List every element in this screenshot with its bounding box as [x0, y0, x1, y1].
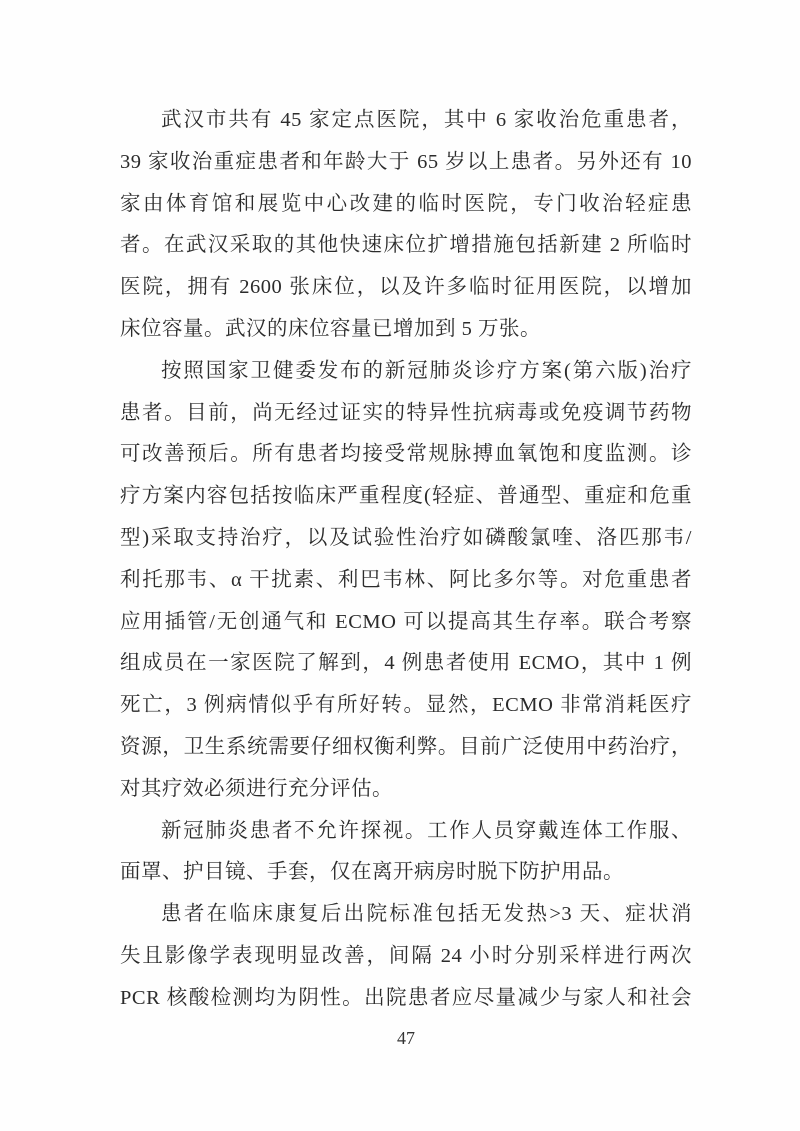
text-line: 面罩、护目镜、手套，仅在离开病房时脱下防护用品。	[120, 852, 692, 894]
text-line: 者。在武汉采取的其他快速床位扩增措施包括新建 2 所临时	[120, 225, 692, 267]
text-line: PCR 核酸检测均为阴性。出院患者应尽量减少与家人和社会	[120, 978, 692, 1020]
text-line: 资源，卫生系统需要仔细权衡利弊。目前广泛使用中药治疗，	[120, 727, 692, 769]
text-line: 型)采取支持治疗，以及试验性治疗如磷酸氯喹、洛匹那韦/	[120, 518, 692, 560]
text-line: 应用插管/无创通气和 ECMO 可以提高其生存率。联合考察	[120, 602, 692, 644]
text-line: 可改善预后。所有患者均接受常规脉搏血氧饱和度监测。诊	[120, 434, 692, 476]
text-line: 新冠肺炎患者不允许探视。工作人员穿戴连体工作服、	[120, 811, 692, 853]
text-line: 39 家收治重症患者和年龄大于 65 岁以上患者。另外还有 10	[120, 142, 692, 184]
text-line: 对其疗效必须进行充分评估。	[120, 769, 692, 811]
text-line: 患者在临床康复后出院标准包括无发热>3 天、症状消	[120, 894, 692, 936]
document-page: 武汉市共有 45 家定点医院，其中 6 家收治危重患者， 39 家收治重症患者和…	[0, 0, 800, 1131]
text-line: 组成员在一家医院了解到，4 例患者使用 ECMO，其中 1 例	[120, 643, 692, 685]
text-line: 失且影像学表现明显改善，间隔 24 小时分别采样进行两次	[120, 936, 692, 978]
text-line: 死亡，3 例病情似乎有所好转。显然，ECMO 非常消耗医疗	[120, 685, 692, 727]
text-line: 疗方案内容包括按临床严重程度(轻症、普通型、重症和危重	[120, 476, 692, 518]
page-number: 47	[120, 1026, 692, 1050]
text-line: 患者。目前，尚无经过证实的特异性抗病毒或免疫调节药物	[120, 393, 692, 435]
text-line: 利托那韦、α 干扰素、利巴韦林、阿比多尔等。对危重患者	[120, 560, 692, 602]
text-line: 床位容量。武汉的床位容量已增加到 5 万张。	[120, 309, 692, 351]
body-text: 武汉市共有 45 家定点医院，其中 6 家收治危重患者， 39 家收治重症患者和…	[120, 100, 692, 1020]
text-line: 按照国家卫健委发布的新冠肺炎诊疗方案(第六版)治疗	[120, 351, 692, 393]
text-line: 医院，拥有 2600 张床位，以及许多临时征用医院，以增加	[120, 267, 692, 309]
text-line: 家由体育馆和展览中心改建的临时医院，专门收治轻症患	[120, 184, 692, 226]
text-line: 武汉市共有 45 家定点医院，其中 6 家收治危重患者，	[120, 100, 692, 142]
